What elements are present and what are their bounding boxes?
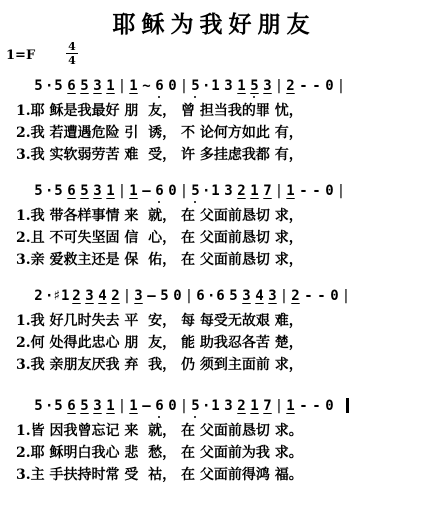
note: 3 [222,398,235,414]
barline: | [274,183,284,199]
note: 2 [284,78,297,94]
note: 3 [222,78,235,94]
note: 2 [235,183,248,199]
lyric-verse-1: 1.我 好几时失去 平 安， 每 每受无故艰 难， [16,310,303,330]
final-barline [338,398,349,413]
note: ♯1 [52,288,70,304]
note: 1 [235,78,248,94]
note: 5 [189,183,202,199]
note: 3 [222,183,235,199]
barline: | [179,183,189,199]
note: 5 [78,183,91,199]
time-signature: 4 4 [66,40,78,67]
note: 5 [189,398,202,414]
note: 1 [248,398,261,414]
augmentation-dot: · [45,183,52,199]
note: - [297,398,310,414]
note: 2 [32,288,45,304]
lyric-verse-3: 3.亲 爱救主还是 保 佑， 在 父面前恳切 求， [16,249,303,269]
note: 6 [65,183,78,199]
lyric-verse-3: 3.我 亲朋友厌我 弃 我， 仍 须到主面前 求， [16,354,303,374]
augmentation-dot: · [202,78,209,94]
note: 5 [227,288,240,304]
note: 0 [328,288,341,304]
time-signature-top: 4 [66,40,78,54]
lyric-verse-2: 2.且 不可失坚固 信 心， 在 父面前恳切 求， [16,227,303,247]
barline: | [117,183,127,199]
note: - [297,183,310,199]
note: 7 [261,183,274,199]
note: 6 [153,78,166,94]
note: 0 [166,78,179,94]
note: 6 [65,398,78,414]
note: 1 [127,78,140,94]
lyric-verse-2: 2.耶 稣明白我心 悲 愁， 在 父面前为我 求。 [16,442,303,462]
note: 5 [158,288,171,304]
note: 4 [253,288,266,304]
note: 5 [32,398,45,414]
barline: | [179,78,189,94]
note: 1 [248,183,261,199]
barline: | [336,183,346,199]
augmentation-dot: · [207,288,214,304]
note: 1 [209,398,222,414]
note: 1 [104,78,117,94]
note: 5 [32,183,45,199]
note: 3 [132,288,145,304]
augmentation-dot: · [202,183,209,199]
barline: | [341,288,351,304]
note: 1 [209,78,222,94]
barline: | [274,78,284,94]
note: 1 [127,398,140,414]
note: 3 [91,398,104,414]
note: 1 [209,183,222,199]
barline: | [122,288,132,304]
note: - [297,78,310,94]
lyric-verse-1: 1.皆 因我曾忘记 来 就， 在 父面前恳切 求。 [16,420,303,440]
augmentation-dot: · [45,78,52,94]
note: 0 [166,398,179,414]
augmentation-dot: · [45,398,52,414]
note: 3 [83,288,96,304]
note: 6 [194,288,207,304]
note: 4 [96,288,109,304]
note: ~ [140,78,153,94]
lyric-verse-2: 2.何 处得此忠心 朋 友， 能 助我忍各苦 楚， [16,332,303,352]
note: 2 [289,288,302,304]
lyric-verse-3: 3.我 实软弱劳苦 难 受， 许 多挂虑我都 有， [16,144,303,164]
note: 6 [153,398,166,414]
notation-line: 5·56531|1~60|5·13153|2--0| [32,78,346,100]
note: 3 [91,78,104,94]
barline: | [184,288,194,304]
note: 6 [65,78,78,94]
note: 1 [127,183,140,199]
note: 2 [235,398,248,414]
note: 1 [104,398,117,414]
note: 3 [266,288,279,304]
note: 5 [52,398,65,414]
notation-line: 5·56531|1—60|5·13217|1--0| [32,183,346,205]
key-signature: 1=F [6,48,35,63]
note: — [140,398,153,414]
note: - [310,398,323,414]
barline: | [274,398,284,414]
note: 3 [261,78,274,94]
note: 6 [214,288,227,304]
note: 5 [78,398,91,414]
note: 1 [104,183,117,199]
note: 2 [109,288,122,304]
note: - [302,288,315,304]
note: 3 [240,288,253,304]
note: 7 [261,398,274,414]
augmentation-dot: · [202,398,209,414]
note: 5 [32,78,45,94]
note: 6 [153,183,166,199]
note: 1 [284,183,297,199]
time-signature-bottom: 4 [68,54,76,67]
note: 0 [323,78,336,94]
note: 5 [52,78,65,94]
note: 5 [52,183,65,199]
note: 0 [166,183,179,199]
note: 0 [323,398,336,414]
notation-line: 5·56531|1—60|5·13217|1--0 [32,398,349,420]
notation-line: 2·♯12342|3—50|6·65343|2--0| [32,288,351,310]
lyric-verse-1: 1.耶 稣是我最好 朋 友， 曾 担当我的罪 忧， [16,100,303,120]
note: - [315,288,328,304]
hymn-title: 耶稣为我好朋友 [0,6,428,39]
note: 2 [70,288,83,304]
lyric-verse-3: 3.主 手扶持时常 受 祜， 在 父面前得鸿 福。 [16,464,303,484]
barline: | [179,398,189,414]
note: - [310,78,323,94]
note: — [145,288,158,304]
note: 5 [78,78,91,94]
note: — [140,183,153,199]
lyric-verse-2: 2.我 若遭遇危险 引 诱， 不 论何方如此 有， [16,122,303,142]
barline: | [336,78,346,94]
note: 5 [189,78,202,94]
lyric-verse-1: 1.我 带各样事情 来 就， 在 父面前恳切 求， [16,205,303,225]
note: 1 [284,398,297,414]
barline: | [117,78,127,94]
note: - [310,183,323,199]
note: 0 [323,183,336,199]
barline: | [279,288,289,304]
augmentation-dot: · [45,288,52,304]
note: 0 [171,288,184,304]
note: 5 [248,78,261,94]
barline: | [117,398,127,414]
note: 3 [91,183,104,199]
